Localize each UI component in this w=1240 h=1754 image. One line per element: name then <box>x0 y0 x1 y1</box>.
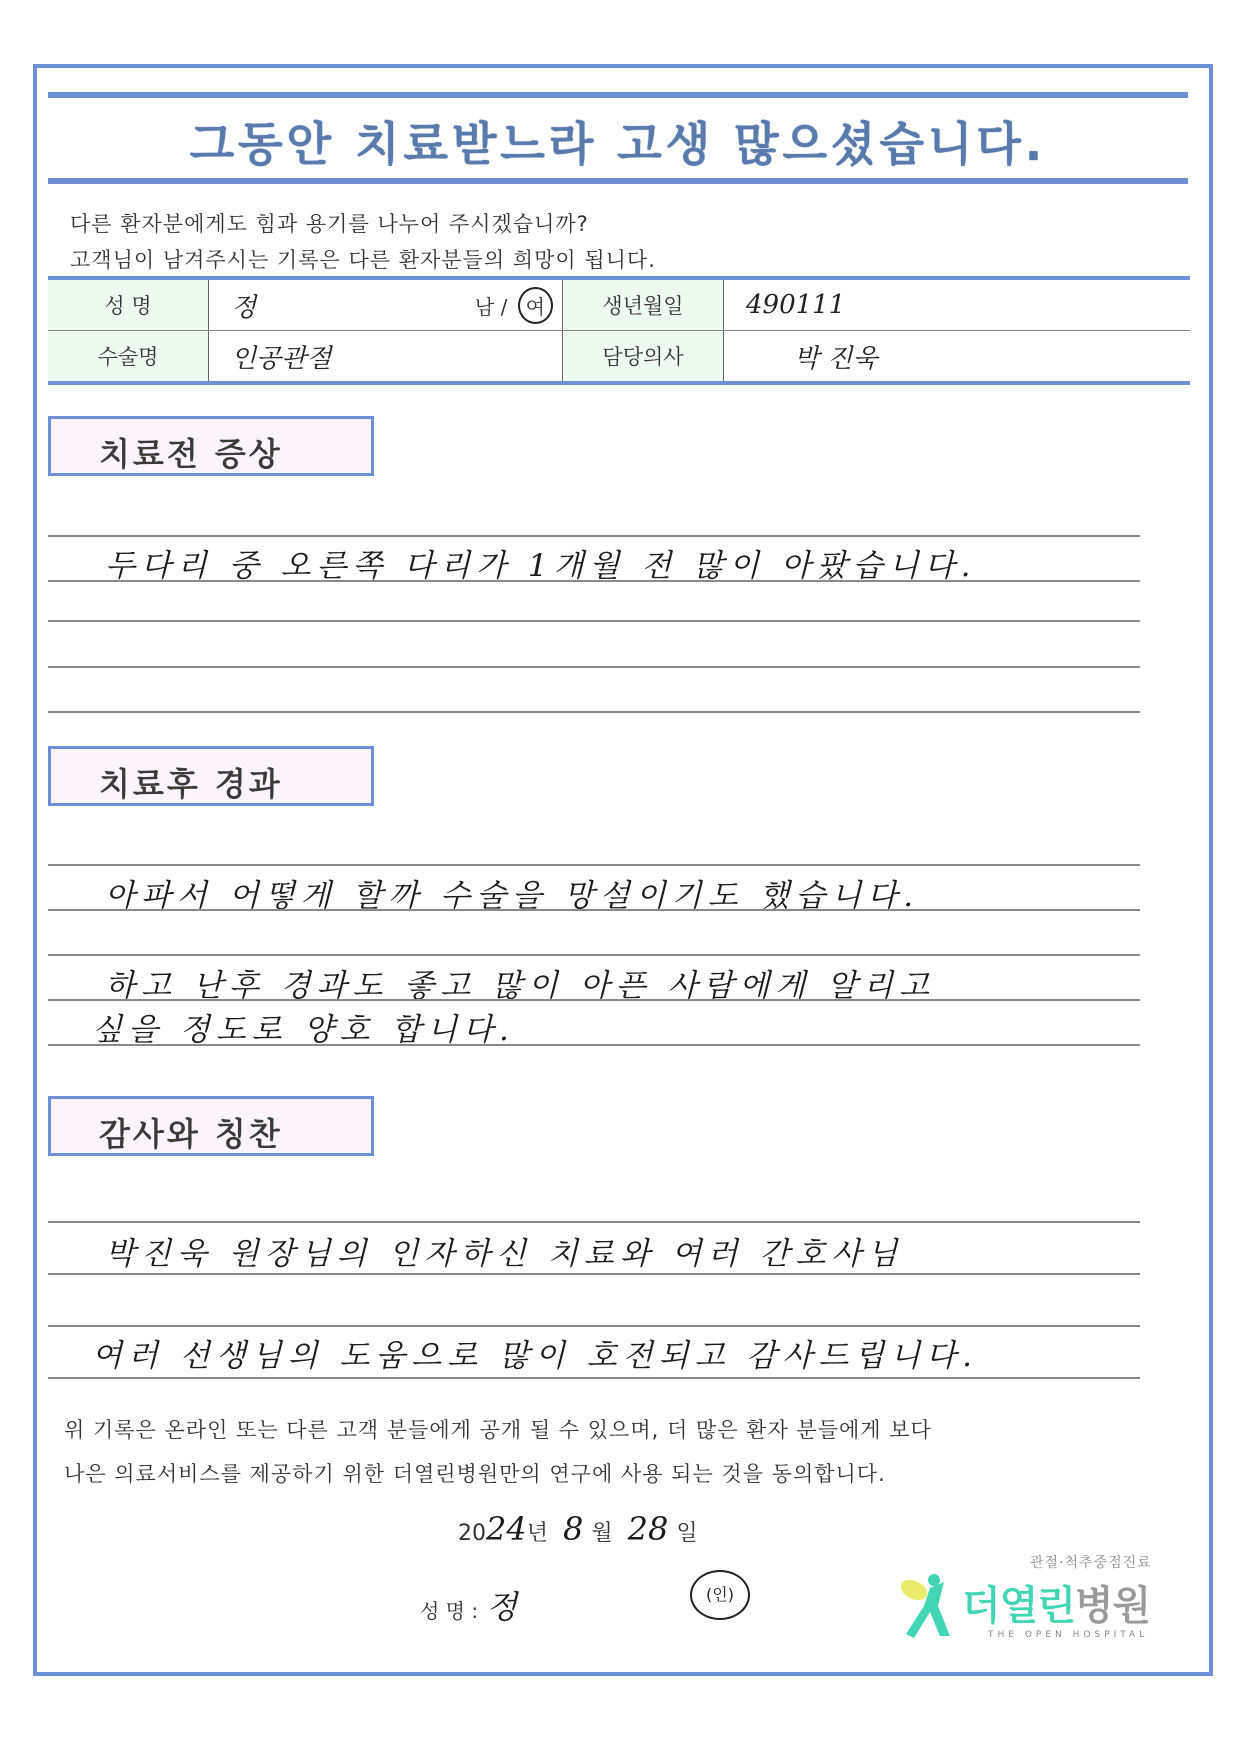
writing-line <box>48 1377 1140 1379</box>
doctor-field[interactable]: 박 진욱 <box>724 331 1191 384</box>
thanks-line-2[interactable]: 여러 선생님의 도움으로 많이 호전되고 감사드립니다. <box>92 1330 978 1375</box>
section-heading-before-treatment: 치료전 증상 <box>48 416 374 476</box>
writing-line <box>48 580 1140 582</box>
consent-line-1: 위 기록은 온라인 또는 다른 고객 분들에게 공개 될 수 있으며, 더 많은… <box>64 1408 932 1452</box>
hospital-logo: 관절·척추중점진료 더열린병원 THE OPEN HOSPITAL <box>900 1552 1170 1652</box>
consent-line-2: 나은 의료서비스를 제공하기 위한 더열린병원만의 연구에 사용 되는 것을 동… <box>64 1452 932 1496</box>
info-row-1: 성 명 정 남 / 여 생년월일 490111 <box>48 278 1190 331</box>
writing-line <box>48 620 1140 622</box>
logo-name-part2: 병원 <box>1075 1583 1150 1629</box>
patient-info-table: 성 명 정 남 / 여 생년월일 490111 수술명 인공관절 담당의사 박 … <box>48 276 1190 385</box>
surgery-field[interactable]: 인공관절 <box>209 331 563 384</box>
logo-figure-icon <box>900 1572 956 1642</box>
logo-name: 더열린병원 <box>962 1574 1150 1631</box>
after-treatment-line-3[interactable]: 싶을 정도로 양호 합니다. <box>92 1004 515 1049</box>
day-value: 28 <box>628 1510 669 1548</box>
writing-line <box>48 909 1140 911</box>
name-label: 성 명 <box>48 278 209 331</box>
title-rule-top <box>48 92 1188 98</box>
birthdate-label: 생년월일 <box>563 278 724 331</box>
surgery-label: 수술명 <box>48 331 209 384</box>
writing-line <box>48 535 1140 537</box>
year-prefix: 20 <box>458 1521 486 1546</box>
writing-line <box>48 954 1140 956</box>
signature-field[interactable]: 성 명 :정 <box>420 1582 517 1628</box>
signature-label: 성 명 : <box>420 1599 478 1623</box>
gender-female-option-selected[interactable]: 여 <box>518 287 553 324</box>
section-heading-label: 치료전 증상 <box>99 429 283 475</box>
before-treatment-line-1[interactable]: 두다리 중 오른쪽 다리가 1개월 전 많이 아팠습니다. <box>105 540 976 585</box>
thanks-line-1[interactable]: 박진욱 원장님의 인자하신 치료와 여러 간호사님 <box>105 1228 903 1273</box>
section-heading-label: 감사와 칭찬 <box>99 1109 283 1155</box>
writing-line <box>48 1273 1140 1275</box>
section-heading-label: 치료후 경과 <box>99 759 283 805</box>
doctor-label: 담당의사 <box>563 331 724 384</box>
intro-text: 다른 환자분에게도 힘과 용기를 나누어 주시겠습니까? 고객님이 남겨주시는 … <box>70 206 656 278</box>
day-suffix: 일 <box>676 1521 697 1546</box>
birthdate-field[interactable]: 490111 <box>724 278 1191 331</box>
signature-seal: (인) <box>690 1570 750 1620</box>
year-value: 24 <box>486 1510 527 1548</box>
writing-line <box>48 999 1140 1001</box>
signature-name: 정 <box>486 1588 517 1626</box>
gender-male-option[interactable]: 남 / <box>475 295 507 319</box>
gender-selector[interactable]: 남 / 여 <box>475 287 553 324</box>
logo-name-part1: 더열린 <box>962 1583 1075 1629</box>
name-value: 정 <box>231 293 256 323</box>
title-rule-bottom <box>48 178 1188 184</box>
logo-subtitle: THE OPEN HOSPITAL <box>988 1630 1148 1640</box>
consent-text: 위 기록은 온라인 또는 다른 고객 분들에게 공개 될 수 있으며, 더 많은… <box>64 1408 932 1496</box>
writing-line <box>48 711 1140 713</box>
year-suffix: 년 <box>527 1521 548 1546</box>
writing-line <box>48 1325 1140 1327</box>
info-row-2: 수술명 인공관절 담당의사 박 진욱 <box>48 331 1190 384</box>
section-heading-thanks: 감사와 칭찬 <box>48 1096 374 1156</box>
month-suffix: 월 <box>591 1521 612 1546</box>
writing-line <box>48 1044 1140 1046</box>
month-value: 8 <box>563 1510 583 1548</box>
logo-tagline: 관절·척추중점진료 <box>1030 1552 1152 1572</box>
intro-line-1: 다른 환자분에게도 힘과 용기를 나누어 주시겠습니까? <box>70 206 656 242</box>
name-field[interactable]: 정 남 / 여 <box>209 278 563 331</box>
intro-line-2: 고객님이 남겨주시는 기록은 다른 환자분들의 희망이 됩니다. <box>70 242 656 278</box>
writing-line <box>48 1221 1140 1223</box>
section-heading-after-treatment: 치료후 경과 <box>48 746 374 806</box>
title-band: 그동안 치료받느라 고생 많으셨습니다. <box>48 92 1188 184</box>
writing-line <box>48 666 1140 668</box>
date-field[interactable]: 2024년 8월 28일 <box>458 1510 698 1548</box>
writing-line <box>48 864 1140 866</box>
page-title: 그동안 치료받느라 고생 많으셨습니다. <box>48 108 1188 174</box>
